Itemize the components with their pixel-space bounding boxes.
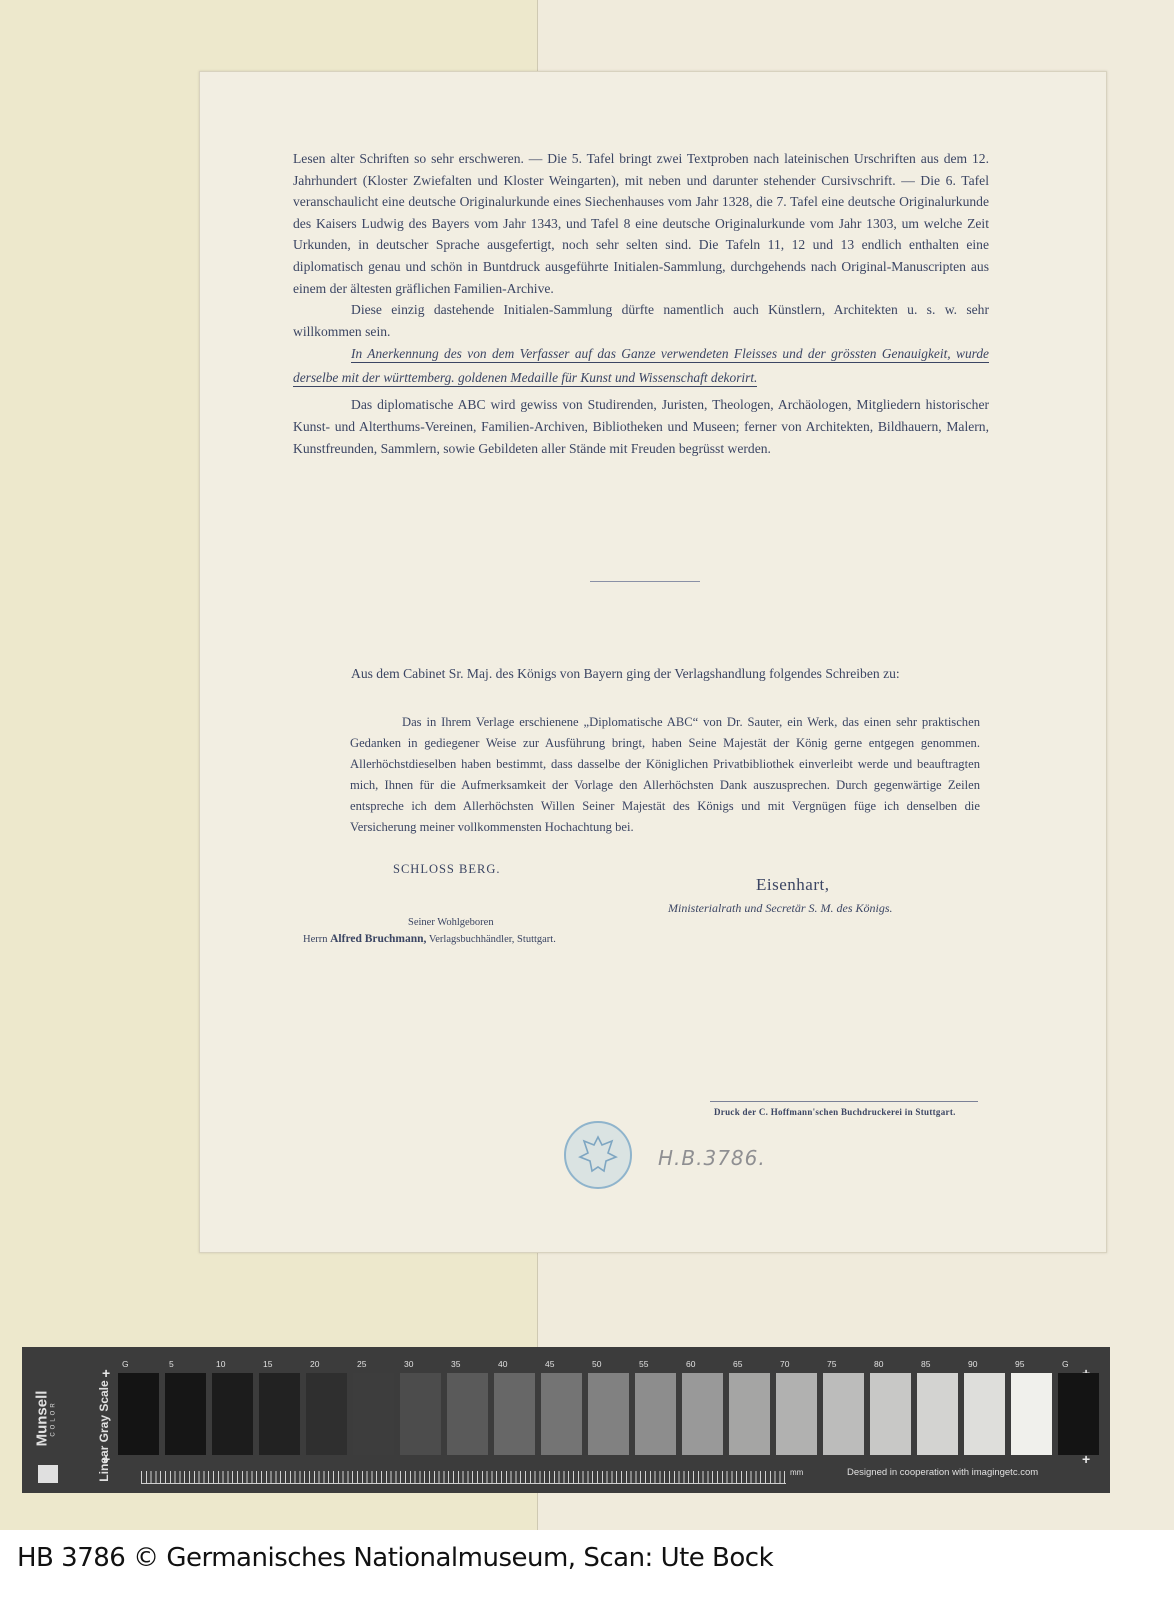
patch-75: 75 (823, 1373, 864, 1455)
munsell-building-icon (38, 1465, 58, 1483)
registration-plus-icon: + (102, 1451, 110, 1467)
addressee-line: Herrn Alfred Bruchmann, Verlagsbuchhändl… (303, 933, 556, 945)
patch-25: 25 (353, 1373, 394, 1455)
section-divider (590, 581, 700, 582)
patch-95: 95 (1011, 1373, 1052, 1455)
addressee-prefix: Herrn (303, 934, 328, 945)
paragraph-intro: Aus dem Cabinet Sr. Maj. des Königs von … (293, 663, 989, 685)
printer-rule (710, 1101, 978, 1102)
eagle-icon (566, 1123, 630, 1187)
paragraph-audience: Das diplomatische ABC wird gewiss von St… (293, 394, 989, 459)
paragraph-initialen: Diese einzig dastehende Initialen-Sammlu… (293, 299, 989, 342)
patch-70: 70 (776, 1373, 817, 1455)
patch-80: 80 (870, 1373, 911, 1455)
paragraph-tafeln: Lesen alter Schriften so sehr erschweren… (293, 148, 989, 299)
patch-5: 5 (165, 1373, 206, 1455)
patch-65: 65 (729, 1373, 770, 1455)
patch-g-left: G (118, 1373, 159, 1455)
letter-signature: Eisenhart, (756, 875, 829, 895)
paragraph-medaille: In Anerkennung des von dem Verfasser auf… (293, 342, 989, 390)
royal-letter: Das in Ihrem Verlage erschienene „Diplom… (350, 712, 980, 838)
scan-background: Lesen alter Schriften so sehr erschweren… (0, 0, 1174, 1530)
registration-plus-icon: + (102, 1365, 110, 1381)
patch-10: 10 (212, 1373, 253, 1455)
addressee-suffix: Verlagsbuchhändler, Stuttgart. (429, 934, 556, 945)
patch-50: 50 (588, 1373, 629, 1455)
scale-label: Linear Gray Scale (97, 1371, 111, 1491)
patch-45: 45 (541, 1373, 582, 1455)
patch-90: 90 (964, 1373, 1005, 1455)
patch-35: 35 (447, 1373, 488, 1455)
signature-title: Ministerialrath und Secretär S. M. des K… (668, 901, 893, 916)
patch-30: 30 (400, 1373, 441, 1455)
mm-ruler (141, 1471, 786, 1484)
patch-g-right: G (1058, 1373, 1099, 1455)
addressee-salutation: Seiner Wohlgeboren (408, 917, 494, 928)
underlined-award-text: In Anerkennung des von dem Verfasser auf… (293, 346, 989, 387)
munsell-logo: MunsellCOLOR (32, 1377, 56, 1477)
letter-place: SCHLOSS BERG. (393, 862, 500, 877)
patch-20: 20 (306, 1373, 347, 1455)
ruler-unit: mm (790, 1468, 803, 1477)
patch-60: 60 (682, 1373, 723, 1455)
patch-15: 15 (259, 1373, 300, 1455)
printer-imprint: Druck der C. Hoffmann'schen Buchdruckere… (714, 1107, 956, 1117)
document-page: Lesen alter Schriften so sehr erschweren… (199, 71, 1107, 1253)
brand-name: Munsell (34, 1391, 51, 1447)
image-caption: HB 3786 © Germanisches Nationalmuseum, S… (17, 1543, 773, 1573)
gray-scale-target: MunsellCOLOR Linear Gray Scale + + + + G… (22, 1347, 1110, 1493)
patch-40: 40 (494, 1373, 535, 1455)
design-credit: Designed in cooperation with imagingetc.… (847, 1467, 1038, 1478)
museum-stamp-icon (564, 1121, 632, 1189)
patch-85: 85 (917, 1373, 958, 1455)
intro-text: Aus dem Cabinet Sr. Maj. des Königs von … (293, 663, 989, 685)
handwritten-shelfmark: H.B.3786. (658, 1146, 766, 1170)
letter-body: Das in Ihrem Verlage erschienene „Diplom… (350, 712, 980, 838)
body-text-top: Lesen alter Schriften so sehr erschweren… (293, 148, 989, 459)
addressee-name: Alfred Bruchmann, (330, 933, 426, 945)
patch-55: 55 (635, 1373, 676, 1455)
brand-sub: COLOR (51, 1374, 57, 1464)
